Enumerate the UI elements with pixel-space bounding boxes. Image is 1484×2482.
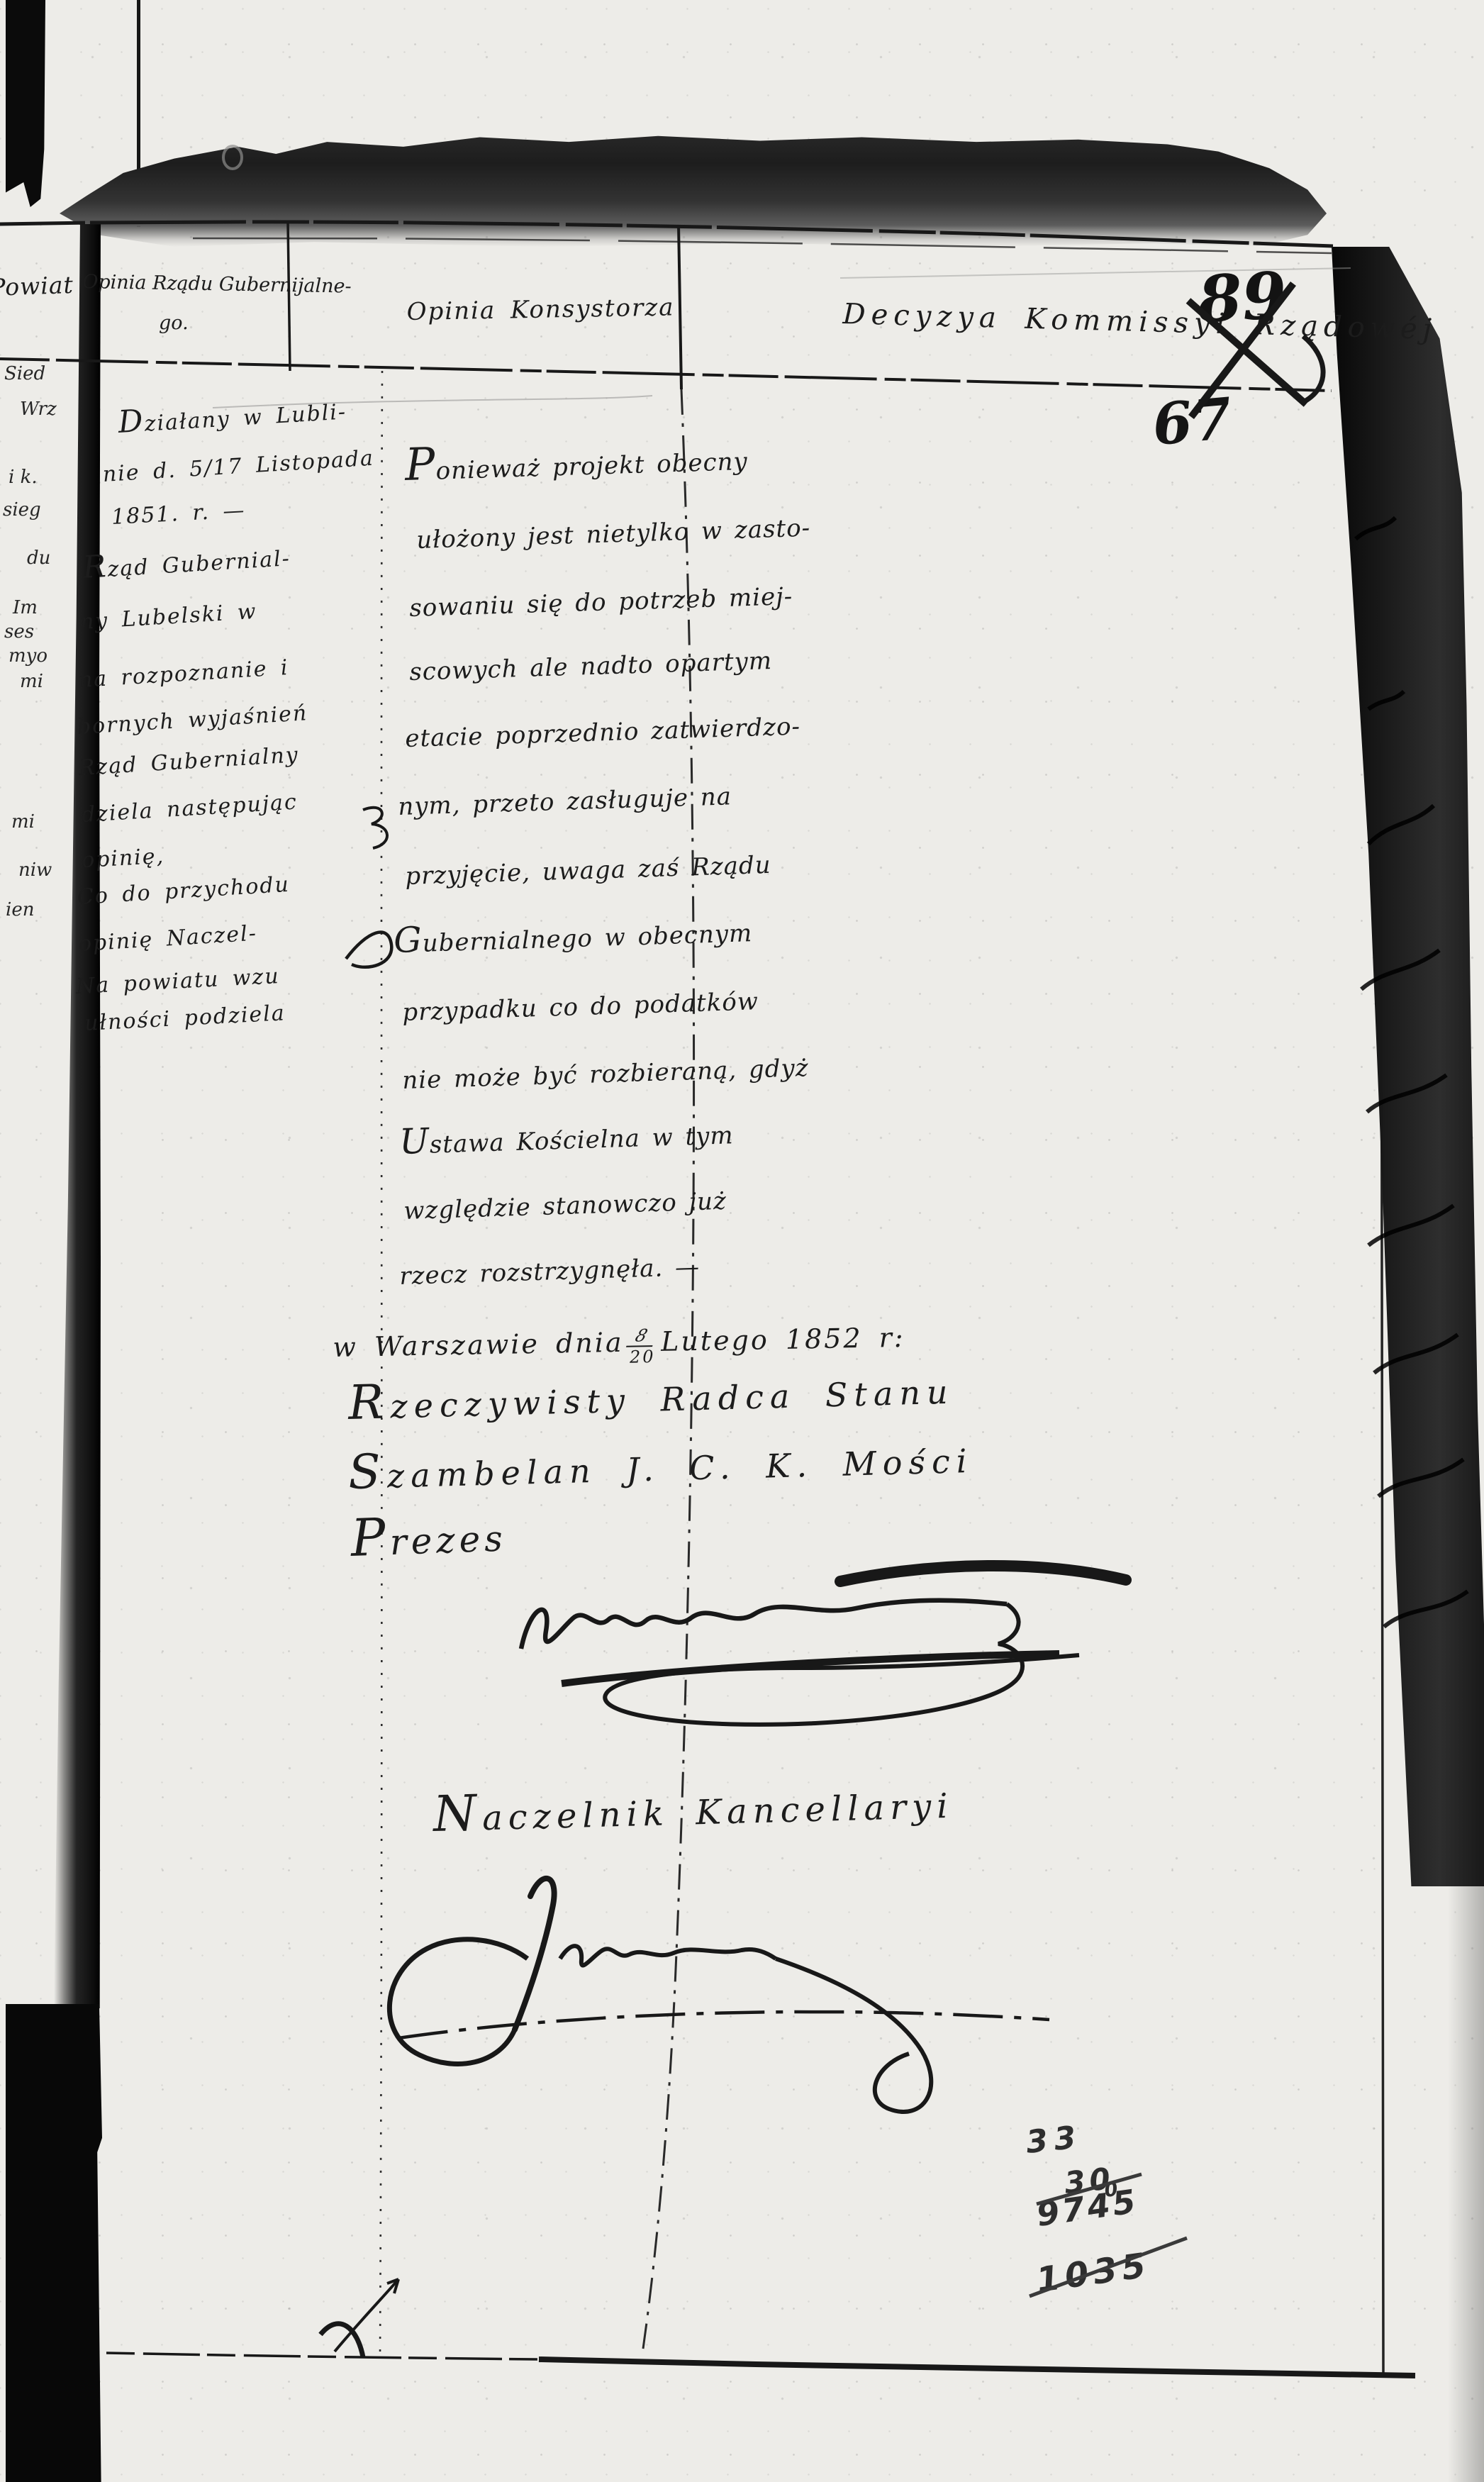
manuscript-line: Rząd Gubernialny [78, 742, 300, 781]
chancellery-signature-loop [389, 1940, 528, 2064]
president-signature-heavy-dash [840, 1566, 1126, 1581]
margin-fragment: Wrz [20, 399, 57, 420]
manuscript-line: przyjęcie, uwaga zaś Rządu [405, 851, 771, 891]
manuscript-line: nie d. 5/17 Listopada [102, 446, 375, 487]
column-header-konsystorz: Opinia Konsystorza [406, 293, 675, 326]
torn-page-edge-top [60, 128, 1333, 247]
manuscript-line: Rząd Gubernial- [82, 546, 291, 584]
chancellery-signature [560, 1946, 776, 1965]
margin-fragment: mi [20, 671, 43, 692]
manuscript-line: względzie stanowczo już [403, 1187, 727, 1225]
manuscript-line: 1851. r. — [111, 498, 246, 530]
manuscript-line: etacie poprzednio zatwierdzo- [405, 712, 801, 753]
header-bottom-rule [0, 359, 1332, 391]
margin-fragment: sieg [3, 499, 41, 521]
manuscript-line: Gubernialnego w obecnym [394, 919, 753, 959]
signatory-title: Rzeczywisty Radca Stanu [348, 1373, 955, 1427]
margin-fragment: i k. [9, 467, 38, 488]
dateline-prefix: w Warszawie dnia [333, 1327, 624, 1363]
chancellery-signature-flourish [776, 1959, 931, 2112]
manuscript-line: przypadku co do podatków [402, 987, 759, 1027]
manuscript-line: bornych wyjaśnień [77, 701, 308, 740]
manuscript-line: Ponieważ projekt obecny [405, 443, 749, 486]
column-rule-3-header [679, 225, 681, 389]
manuscript-line: ułności podziela [84, 1001, 286, 1036]
cross-out-tail [1303, 336, 1323, 401]
manuscript-line: ułożony jest nietylko w zasto- [416, 514, 811, 555]
arrow-doodle-arc [320, 2324, 363, 2357]
dateline-suffix: Lutego 1852 r: [661, 1322, 905, 1357]
date-fraction-gregorian: 20 [630, 1347, 656, 1366]
dateline: w Warszawie dnia820Lutego 1852 r: [333, 1322, 905, 1371]
manuscript-line: dziela następując [81, 789, 299, 828]
margin-fragment: ien [6, 899, 34, 920]
chancellery-signature-cross-line [398, 2012, 1049, 2038]
margin-fragment: Sied [4, 363, 45, 384]
arrow-doodle-head [387, 2279, 398, 2293]
column-header-gubernial-2: go. [159, 312, 189, 334]
binding-tape-top-left [6, 0, 45, 207]
chancellery-signature-j [515, 1879, 554, 2030]
pencil-number: 9745 [1034, 2181, 1140, 2234]
pencil-number: 1035 [1034, 2245, 1153, 2300]
margin-fragment: mi [11, 811, 35, 833]
president-signature-flourish [605, 1604, 1079, 1725]
manuscript-line: Ustawa Kościelna w tym [399, 1121, 734, 1160]
flourish [363, 808, 387, 848]
next-page-edge-band [1326, 247, 1484, 1886]
manuscript-line: na rozpoznanie i [78, 655, 290, 693]
margin-fragment: ses [4, 621, 34, 642]
manuscript-line: Działany w Lubli- [118, 399, 347, 438]
margin-fragment: niw [18, 859, 52, 881]
manuscript-line: Co do przychodu [77, 872, 291, 910]
crossed-out-folio-number: 89 [1195, 258, 1288, 338]
folio-number: 67 [1150, 385, 1234, 458]
margin-fragment: Im [13, 597, 38, 618]
margin-fragment: myo [9, 645, 48, 667]
date-fraction: 820 [629, 1327, 655, 1366]
manuscript-line: opinię Naczel- [78, 921, 258, 957]
manuscript-line: Na powiatu wzu [75, 964, 280, 999]
signatory-title: Szambelan J. C. K. Mości [348, 1442, 974, 1496]
flourish [346, 933, 391, 967]
column-rule-3-body [643, 389, 694, 2349]
manuscript-line: opinię, [81, 844, 165, 873]
pencil-superscript: 0 [1103, 2178, 1120, 2202]
manuscript-line: nie może być rozbieraną, gdyż [402, 1054, 809, 1095]
right-edge-shadow [1448, 1886, 1484, 2482]
ink-strokes-overlay [0, 0, 1484, 2482]
gutter-fold-band [54, 224, 101, 2008]
chancellery-title: Naczelnik Kancellaryi [433, 1786, 954, 1840]
archival-document-scan: Powiat Opinia Rządu Gubernijalne- go. Op… [0, 0, 1484, 2482]
president-signature-underline [562, 1654, 1059, 1684]
arrow-doodle-shaft [335, 2279, 398, 2352]
date-fraction-julian: 8 [626, 1327, 658, 1347]
president-signature [521, 1601, 1007, 1649]
table-bottom-rule [106, 2353, 539, 2359]
column-header-gubernial-1: Opinia Rządu Gubernijalne- [82, 271, 352, 298]
column-header-powiat: Powiat [0, 271, 74, 301]
margin-fragment: du [27, 547, 50, 569]
manuscript-line: sowaniu się do potrzeb miej- [409, 582, 793, 623]
binding-shadow-bottom-left [6, 2004, 102, 2482]
pencil-number: 33 [1025, 2119, 1084, 2161]
manuscript-line: nym, przeto zasługuje na [398, 782, 732, 821]
manuscript-line: rzecz rozstrzygnęła. — [399, 1253, 701, 1291]
manuscript-line: ny Lubelski w [79, 599, 258, 635]
signatory-title: Prezes [350, 1518, 508, 1564]
manuscript-line: scowych ale nadto opartym [409, 647, 773, 686]
table-bottom-rule-thick [539, 2359, 1415, 2376]
